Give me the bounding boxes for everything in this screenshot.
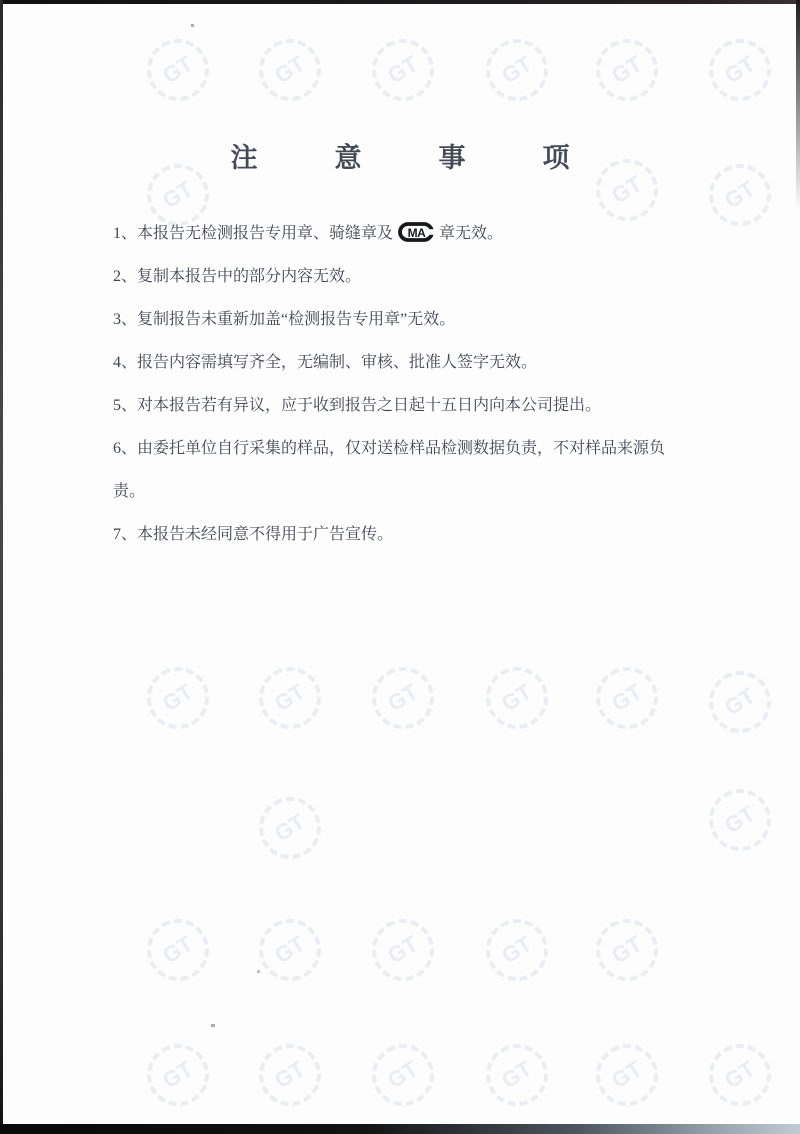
watermark-stamp-icon: GT xyxy=(474,1032,559,1117)
notice-item-5: 5、对本报告若有异议，应于收到报告之日起十五日内向本公司提出。 xyxy=(113,384,680,427)
watermark-stamp-icon: GT xyxy=(697,1032,782,1117)
watermark-stamp-icon: GT xyxy=(135,655,220,740)
watermark-stamp-icon: GT xyxy=(584,27,669,112)
notice-item-1: 1、本报告无检测报告专用章、骑缝章及MA章无效。 xyxy=(113,212,680,255)
watermark-stamp-icon: GT xyxy=(697,659,782,744)
watermark-stamp-icon: GT xyxy=(135,1032,220,1117)
watermark-stamp-icon: GT xyxy=(474,655,559,740)
notice-item-2: 2、复制本报告中的部分内容无效。 xyxy=(113,255,680,298)
scanned-report-page: 注 意 事 项 1、本报告无检测报告专用章、骑缝章及MA章无效。 2、复制本报告… xyxy=(0,0,800,1134)
notice-item-7: 7、本报告未经同意不得用于广告宣传。 xyxy=(113,513,680,556)
scan-edge-right xyxy=(796,0,800,210)
watermark-stamp-icon: GT xyxy=(360,655,445,740)
page-title-char: 意 xyxy=(335,136,362,175)
notice-item-1-text-pre: 1、本报告无检测报告专用章、骑缝章及 xyxy=(113,225,393,242)
notice-item-1-text-post: 章无效。 xyxy=(439,225,503,242)
watermark-stamp-icon: GT xyxy=(247,1032,332,1117)
watermark-stamp-icon: GT xyxy=(584,655,669,740)
notice-item-4: 4、报告内容需填写齐全，无编制、审核、批准人签字无效。 xyxy=(113,341,680,384)
watermark-stamp-icon: GT xyxy=(474,27,559,112)
watermark-stamp-icon: GT xyxy=(135,27,220,112)
scan-speck xyxy=(191,24,194,27)
page-title: 注 意 事 项 xyxy=(0,136,800,175)
page-title-char: 项 xyxy=(543,136,570,175)
watermark-stamp-icon: GT xyxy=(360,27,445,112)
notice-item-6: 6、由委托单位自行采集的样品，仅对送检样品检测数据负责，不对样品来源负责。 xyxy=(113,427,680,513)
watermark-stamp-icon: GT xyxy=(584,1032,669,1117)
watermark-stamp-icon: GT xyxy=(360,907,445,992)
watermark-stamp-icon: GT xyxy=(697,27,782,112)
watermark-stamp-icon: GT xyxy=(247,655,332,740)
scan-speck xyxy=(257,970,260,973)
watermark-stamp-icon: GT xyxy=(247,27,332,112)
notice-item-3: 3、复制报告未重新加盖“检测报告专用章”无效。 xyxy=(113,298,680,341)
watermark-stamp-icon: GT xyxy=(584,907,669,992)
watermark-stamp-icon: GT xyxy=(360,1032,445,1117)
scan-speck xyxy=(211,1024,215,1027)
svg-text:MA: MA xyxy=(408,226,426,240)
page-title-char: 注 xyxy=(231,136,258,175)
notice-list: 1、本报告无检测报告专用章、骑缝章及MA章无效。 2、复制本报告中的部分内容无效… xyxy=(113,212,680,556)
cma-mark-icon: MA xyxy=(398,222,434,242)
scan-edge-bottom xyxy=(0,1124,800,1134)
watermark-stamp-icon: GT xyxy=(135,907,220,992)
scan-edge-top xyxy=(0,0,800,4)
watermark-stamp-icon: GT xyxy=(247,785,332,870)
watermark-stamp-icon: GT xyxy=(474,907,559,992)
watermark-stamp-icon: GT xyxy=(697,777,782,862)
watermark-stamp-icon: GT xyxy=(247,907,332,992)
page-title-char: 事 xyxy=(439,136,466,175)
